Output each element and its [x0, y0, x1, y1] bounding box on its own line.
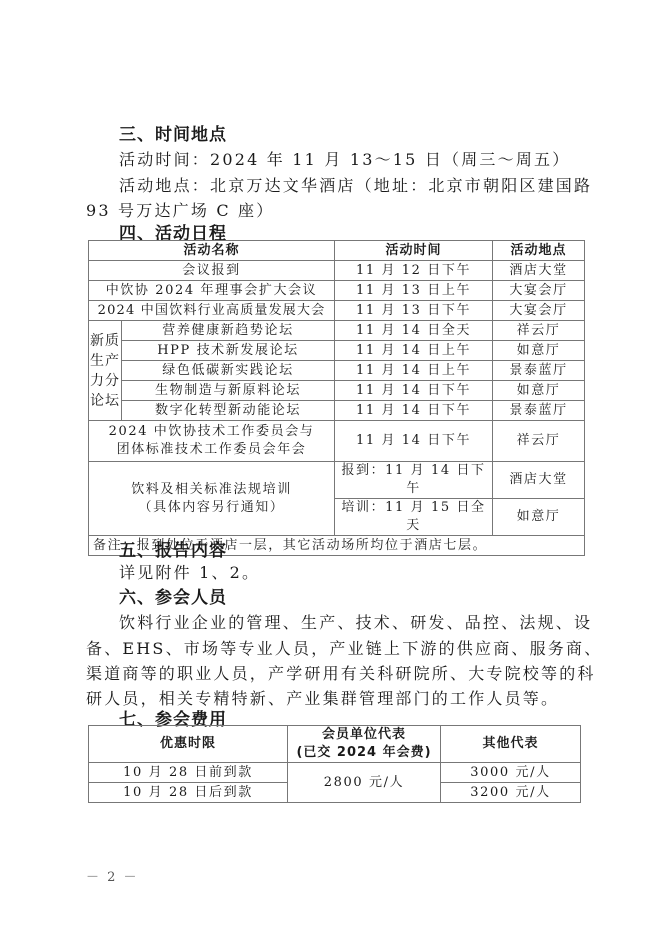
attendees-line: 饮料行业企业的管理、生产、技术、研发、品控、法规、设 — [119, 610, 592, 633]
section3-heading: 三、时间地点 — [119, 120, 227, 145]
forum-time: 11 月 14 日全天 — [335, 321, 493, 341]
schedule-table: 活动名称 活动时间 活动地点 会议报到 11 月 12 日下午 酒店大堂 中饮协… — [88, 240, 585, 556]
attendees-line: 备、EHS、市场等专业人员，产业链上下游的供应商、服务商、 — [86, 636, 602, 659]
forum-time: 11 月 14 日下午 — [335, 381, 493, 401]
table-row: 生物制造与新原料论坛 11 月 14 日下午 如意厅 — [89, 381, 585, 401]
forum-place: 景泰蓝厅 — [493, 401, 585, 421]
annual-meeting-name: 2024 中饮协技术工作委员会与 团体标准技术工作委员会年会 — [89, 421, 335, 462]
training-checkin-place: 酒店大堂 — [493, 462, 585, 499]
table-row: HPP 技术新发展论坛 11 月 14 日上午 如意厅 — [89, 341, 585, 361]
annual-meeting-name-line1: 2024 中饮协技术工作委员会与 — [89, 423, 334, 441]
header-other-rep: 其他代表 — [441, 726, 581, 763]
report-content-text: 详见附件 1、2。 — [119, 560, 260, 583]
attendees-line: 渠道商等的职业人员，产学研用有关科研院所、大专院校等的科 — [86, 661, 596, 684]
forum-name: 营养健康新趋势论坛 — [122, 321, 335, 341]
forum-time: 11 月 14 日上午 — [335, 361, 493, 381]
other-fee: 3000 元/人 — [441, 763, 581, 783]
fee-period: 10 月 28 日后到款 — [89, 783, 288, 803]
annual-meeting-time: 11 月 14 日下午 — [335, 421, 493, 462]
activity-place-line1: 活动地点：北京万达文华酒店（地址：北京市朝阳区建国路 — [119, 173, 592, 196]
forum-name: 绿色低碳新实践论坛 — [122, 361, 335, 381]
activity-place-cell: 酒店大堂 — [493, 261, 585, 281]
forum-label-line: 生产 — [89, 351, 121, 371]
training-name-line1: 饮料及相关标准法规培训 — [89, 481, 334, 499]
forum-label-line: 新质 — [89, 331, 121, 351]
fees-table: 优惠时限 会员单位代表 (已交 2024 年会费) 其他代表 10 月 28 日… — [88, 725, 581, 803]
table-row: 会议报到 11 月 12 日下午 酒店大堂 — [89, 261, 585, 281]
header-activity-name: 活动名称 — [89, 241, 335, 261]
activity-name: 2024 中国饮料行业高质量发展大会 — [89, 301, 335, 321]
activity-place-line2: 93 号万达广场 C 座） — [86, 198, 274, 221]
annual-meeting-place: 祥云厅 — [493, 421, 585, 462]
forum-name: 生物制造与新原料论坛 — [122, 381, 335, 401]
activity-time: 活动时间：2024 年 11 月 13～15 日（周三～周五） — [119, 147, 570, 170]
header-member-rep: 会员单位代表 (已交 2024 年会费) — [288, 726, 441, 763]
header-discount-period: 优惠时限 — [89, 726, 288, 763]
table-row: 饮料及相关标准法规培训 （具体内容另行通知） 报到：11 月 14 日下午 酒店… — [89, 462, 585, 499]
other-fee: 3200 元/人 — [441, 783, 581, 803]
training-name-line2: （具体内容另行通知） — [89, 499, 334, 517]
header-activity-time: 活动时间 — [335, 241, 493, 261]
section6-heading: 六、参会人员 — [119, 583, 227, 608]
section5-heading: 五、报告内容 — [119, 536, 227, 561]
forum-name: HPP 技术新发展论坛 — [122, 341, 335, 361]
header-member-line2: (已交 2024 年会费) — [288, 744, 440, 762]
forum-name: 数字化转型新动能论坛 — [122, 401, 335, 421]
table-row: 中饮协 2024 年理事会扩大会议 11 月 13 日上午 大宴会厅 — [89, 281, 585, 301]
table-row: 新质 生产 力分 论坛 营养健康新趋势论坛 11 月 14 日全天 祥云厅 — [89, 321, 585, 341]
forum-time: 11 月 14 日上午 — [335, 341, 493, 361]
activity-place-cell: 大宴会厅 — [493, 301, 585, 321]
activity-time-cell: 11 月 13 日下午 — [335, 301, 493, 321]
activity-time-cell: 11 月 13 日上午 — [335, 281, 493, 301]
forum-group-label: 新质 生产 力分 论坛 — [89, 321, 122, 421]
training-name: 饮料及相关标准法规培训 （具体内容另行通知） — [89, 462, 335, 536]
member-fee: 2800 元/人 — [288, 763, 441, 803]
activity-place-cell: 大宴会厅 — [493, 281, 585, 301]
training-checkin-time: 报到：11 月 14 日下午 — [335, 462, 493, 499]
table-row: 2024 中国饮料行业高质量发展大会 11 月 13 日下午 大宴会厅 — [89, 301, 585, 321]
table-row: 10 月 28 日前到款 2800 元/人 3000 元/人 — [89, 763, 581, 783]
fee-period: 10 月 28 日前到款 — [89, 763, 288, 783]
activity-name: 中饮协 2024 年理事会扩大会议 — [89, 281, 335, 301]
forum-place: 景泰蓝厅 — [493, 361, 585, 381]
header-activity-place: 活动地点 — [493, 241, 585, 261]
forum-place: 祥云厅 — [493, 321, 585, 341]
forum-place: 如意厅 — [493, 381, 585, 401]
training-session-time: 培训：11 月 15 日全天 — [335, 499, 493, 536]
activity-name: 会议报到 — [89, 261, 335, 281]
table-header-row: 活动名称 活动时间 活动地点 — [89, 241, 585, 261]
annual-meeting-name-line2: 团体标准技术工作委员会年会 — [89, 441, 334, 459]
page-number: － 2 － — [86, 866, 139, 885]
forum-time: 11 月 14 日下午 — [335, 401, 493, 421]
forum-label-line: 力分 — [89, 371, 121, 391]
table-row: 2024 中饮协技术工作委员会与 团体标准技术工作委员会年会 11 月 14 日… — [89, 421, 585, 462]
table-row: 数字化转型新动能论坛 11 月 14 日下午 景泰蓝厅 — [89, 401, 585, 421]
header-member-line1: 会员单位代表 — [288, 726, 440, 744]
forum-label-line: 论坛 — [89, 391, 121, 411]
table-row: 绿色低碳新实践论坛 11 月 14 日上午 景泰蓝厅 — [89, 361, 585, 381]
table-header-row: 优惠时限 会员单位代表 (已交 2024 年会费) 其他代表 — [89, 726, 581, 763]
training-session-place: 如意厅 — [493, 499, 585, 536]
activity-time-cell: 11 月 12 日下午 — [335, 261, 493, 281]
document-page: 三、时间地点 活动时间：2024 年 11 月 13～15 日（周三～周五） 活… — [0, 0, 661, 935]
forum-place: 如意厅 — [493, 341, 585, 361]
